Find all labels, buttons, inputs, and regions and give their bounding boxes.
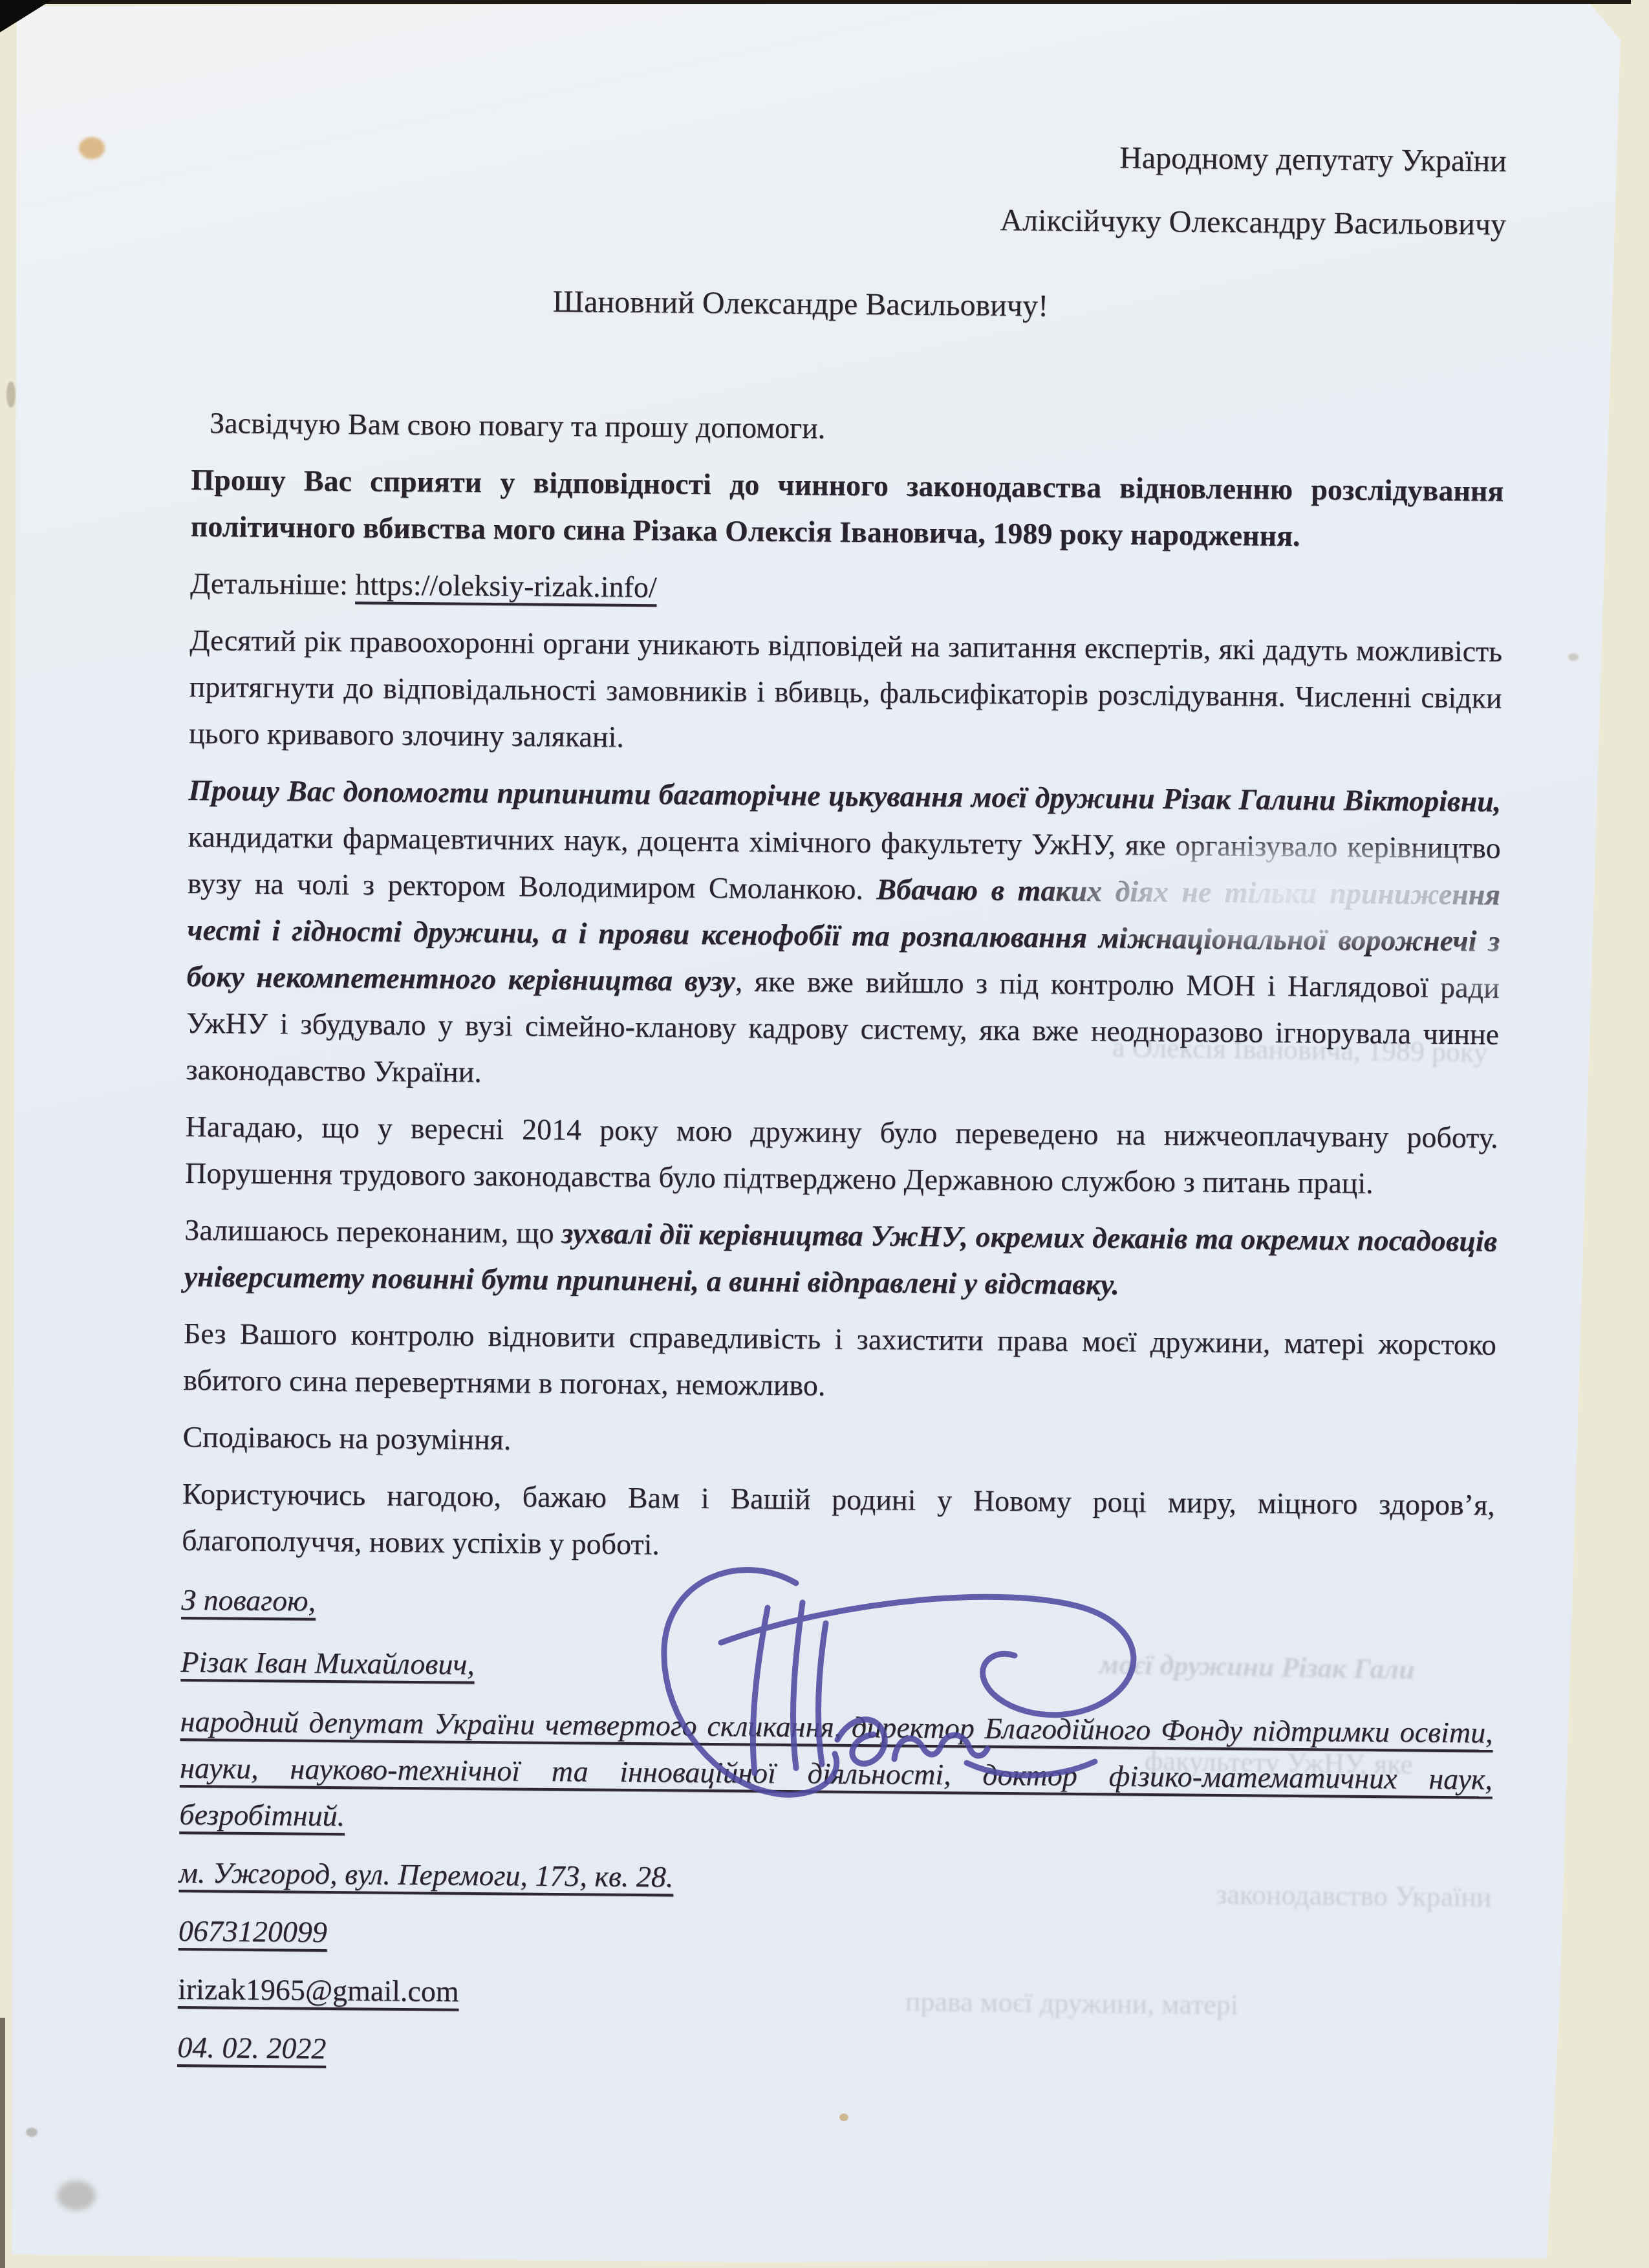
paragraph-hope: Сподіваюсь на розуміння.	[182, 1414, 1496, 1472]
paragraph-control: Без Вашого контролю відновити справедлив…	[183, 1310, 1496, 1415]
signer-phone: 0673120099	[178, 1908, 1492, 1966]
recipient-line-1: Народному депутату України	[194, 127, 1507, 185]
paper-smudge	[26, 2128, 38, 2137]
paragraph-investigation: Десятий рік правоохоронні органи уникают…	[189, 617, 1503, 768]
details-link[interactable]: https://oleksiy-rizak.info/	[355, 568, 657, 603]
signer-address: м. Ужгород, вул. Перемоги, 173, кв. 28.	[178, 1850, 1492, 1908]
details-label: Детальніше:	[190, 567, 356, 601]
paragraph-conviction-regular: Залишаюсь переконаним, що	[184, 1213, 562, 1249]
recipient-block: Народному депутату України Аліксійчуку О…	[193, 127, 1507, 248]
paragraph-conviction: Залишаюсь переконаним, що зухвалі дії ке…	[184, 1207, 1497, 1312]
paragraph-greeting: Засвідчую Вам свою повагу та прошу допом…	[191, 400, 1505, 458]
scanned-letter-page: { "page": { "background_color": "#ebe8d3…	[0, 0, 1649, 2268]
paper-stain	[839, 2113, 848, 2121]
signer-email: irizak1965@gmail.com	[178, 1966, 1491, 2024]
handwritten-signature	[605, 1542, 1174, 1820]
paper-smudge	[57, 2181, 96, 2210]
details-line: Детальніше: https://oleksiy-rizak.info/	[190, 560, 1503, 618]
recipient-line-2: Аліксійчуку Олександру Васильовичу	[193, 190, 1507, 248]
paragraph-wife: Прошу Вас допомогти припинити багаторічн…	[186, 767, 1501, 1105]
salutation: Шановний Олександре Васильовичу!	[193, 275, 1409, 332]
paragraph-request: Прошу Вас сприяти у відповідності до чин…	[191, 457, 1504, 561]
paragraph-labor-law: Нагадаю, що у вересні 2014 року мою друж…	[185, 1103, 1498, 1208]
paragraph-wife-bold-1: Прошу Вас допомогти припинити багаторічн…	[188, 773, 1501, 818]
